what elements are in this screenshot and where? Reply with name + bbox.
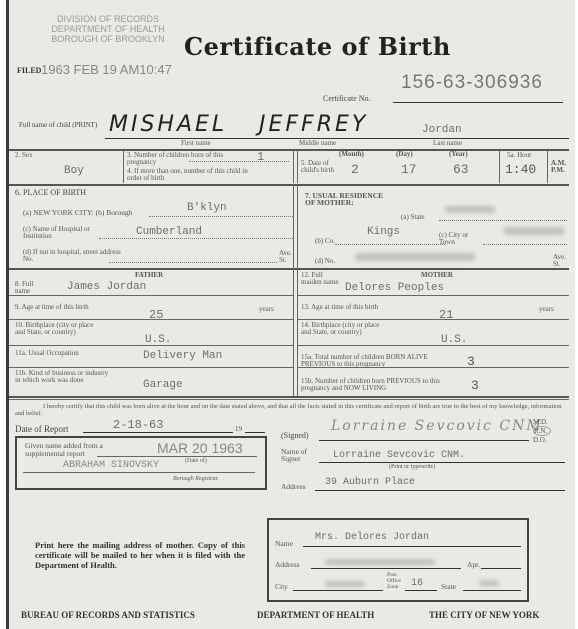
county-label: (b) Co. [315,238,335,245]
city-town-label: (c) City or Town [439,232,479,246]
street-no-label: (d) No. [315,258,335,265]
birth-order-label: 4. If more than one, number of this chil… [127,168,257,182]
middle-name-caption: Middle name [299,140,336,147]
redacted-state [445,206,495,213]
now-living-value: 3 [471,378,479,393]
ave-st-label: Ave. St. [279,250,293,264]
children-born-label: 3. Number of children born of this pregn… [127,152,247,166]
credential-options: M.D. R.N. D.O. [533,418,551,444]
certification-statement: I hereby certify that this child was bor… [15,403,565,417]
first-name-caption: First name [181,140,211,147]
registrar-caption: Borough Registrar. [173,476,219,483]
redacted-mailing-city [325,581,365,587]
footer-department: DEPARTMENT OF HEALTH [257,610,374,620]
res-ave-st-label: Ave. St. [553,254,567,268]
registrar-name: ABRAHAM SINOVSKY [63,460,159,471]
redacted-mailing-address [325,559,435,565]
nineteen-label: 19 [235,426,242,433]
born-alive-label: 15a. Total number of children BORN ALIVE… [301,354,461,368]
date-of-caption: (Date of) [185,458,207,465]
dob-day: 17 [401,162,417,177]
dob-month-label: (Month) [339,151,364,158]
mailing-address-box: Name Mrs. Delores Jordan Address Apt. Ci… [267,518,529,602]
father-occupation-label: 11a. Usual Occupation [15,350,85,357]
zone-label: Post Office Zone [387,572,407,590]
mother-age-label: 13. Age at time of this birth [301,304,378,311]
state-label: (a) State [401,214,425,221]
father-birthplace-label: 10. Birthplace (city or place and State,… [15,322,105,336]
signer-address: 39 Auburn Place [325,477,415,488]
birth-certificate: DIVISION OF RECORDS DEPARTMENT OF HEALTH… [6,0,575,629]
redacted-street [355,253,475,261]
apt-label: Apt. [467,561,480,568]
signer-name-label: Name of Signer [281,448,311,462]
last-name-caption: Last name [433,140,462,147]
mother-birthplace-label: 14. Birthplace (city or place and State,… [301,322,391,336]
signer-caption: (Print or typewrite) [389,464,435,471]
sex-label: 2. Sex [15,152,33,159]
father-industry: Garage [143,379,183,391]
street-address-label: (d) If not in hospital, street address N… [23,249,123,263]
footer-bureau: BUREAU OF RECORDS AND STATISTICS [21,610,195,620]
child-last-name: Jordan [422,124,462,136]
hour-label: 5a. Hour [507,152,532,159]
am-pm-label: A.M. P.M. [551,160,567,174]
father-age-label: 9. Age at time of this birth [15,304,89,311]
filed-label: FILED [17,66,41,75]
stamp-line: DIVISION OF RECORDS [43,14,173,24]
signature: Lorraine Sevcovic CNM [331,418,543,434]
mailing-address-label: Address [275,561,300,568]
dob-year-label: (Year) [449,151,468,158]
signed-label: (Signed) [281,431,309,440]
child-name-label: Full name of child (PRINT) [19,121,104,129]
hospital-label: (c) Name of Hospital or Institution [23,226,103,240]
father-heading: FATHER [135,272,163,279]
mailing-name: Mrs. Delores Jordan [315,532,429,543]
date-of-report-label: Date of Report [15,424,68,434]
mailing-name-label: Name [275,540,293,547]
certificate-no-label: Certificate No. [323,94,371,103]
hospital-value: Cumberland [136,226,202,238]
hour-value: 1:40 [505,162,536,177]
stamp-line: DEPARTMENT OF HEALTH [43,24,173,34]
rn-option: R.N. [533,426,551,436]
supplemental-report-box: Given name added from a supplemental rep… [15,436,267,490]
father-name: James Jordan [67,281,146,293]
dob-month: 2 [351,162,359,177]
redacted-mailing-state [479,580,499,586]
filed-stamp: 1963 FEB 19 AM10:47 [41,62,172,77]
mailing-instructions: Print here the mailing address of mother… [35,540,245,570]
place-of-birth-heading: 6. PLACE OF BIRTH [15,188,86,197]
nyc-borough-label: (a) NEW YORK CITY: (b) Borough [23,209,133,216]
do-option: D.O. [533,436,551,444]
stamp-line: BOROUGH OF BROOKLYN [43,34,173,44]
redacted-city [504,227,564,235]
now-living-label: 15b. Number of children born PREVIOUS to… [301,378,461,392]
mother-years-label: years [539,306,554,313]
mother-name-label: 12. Full maiden name [301,272,341,286]
county-value: Kings [367,226,400,238]
certificate-number: 156-63-306936 [401,72,543,94]
father-years-label: years [259,306,274,313]
date-of-report: 2-18-63 [113,418,163,432]
dob-label: 5. Date of child's birth [301,160,337,174]
child-first-name: MISHAEL [109,112,227,137]
signer-name: Lorraine Sevcovic CNM. [333,450,465,461]
dob-year: 63 [453,162,469,177]
mother-heading: MOTHER [421,272,453,279]
mother-maiden-name: Delores Peoples [345,282,444,294]
md-option: M.D. [533,418,551,426]
zone-value: 16 [411,578,423,589]
child-middle-name: JEFFREY [259,112,368,137]
residence-heading: 7. USUAL RESIDENCE OF MOTHER: [305,192,395,206]
supplement-date-stamp: MAR 20 1963 [157,440,243,456]
borough-value: B'klyn [187,202,227,214]
father-industry-label: 11b. Kind of business or industry in whi… [15,370,115,384]
registry-stamp: DIVISION OF RECORDS DEPARTMENT OF HEALTH… [43,14,173,44]
mailing-city-label: City [275,583,288,590]
father-name-label: 8. Full name [15,281,45,295]
signer-address-label: Address [281,483,306,490]
document-title: Certificate of Birth [184,32,451,61]
mailing-state-label: State [441,583,456,590]
sex-value: Boy [64,165,84,177]
footer-city: THE CITY OF NEW YORK [429,610,539,620]
father-occupation: Delivery Man [143,350,222,362]
dob-day-label: (Day) [396,151,413,158]
